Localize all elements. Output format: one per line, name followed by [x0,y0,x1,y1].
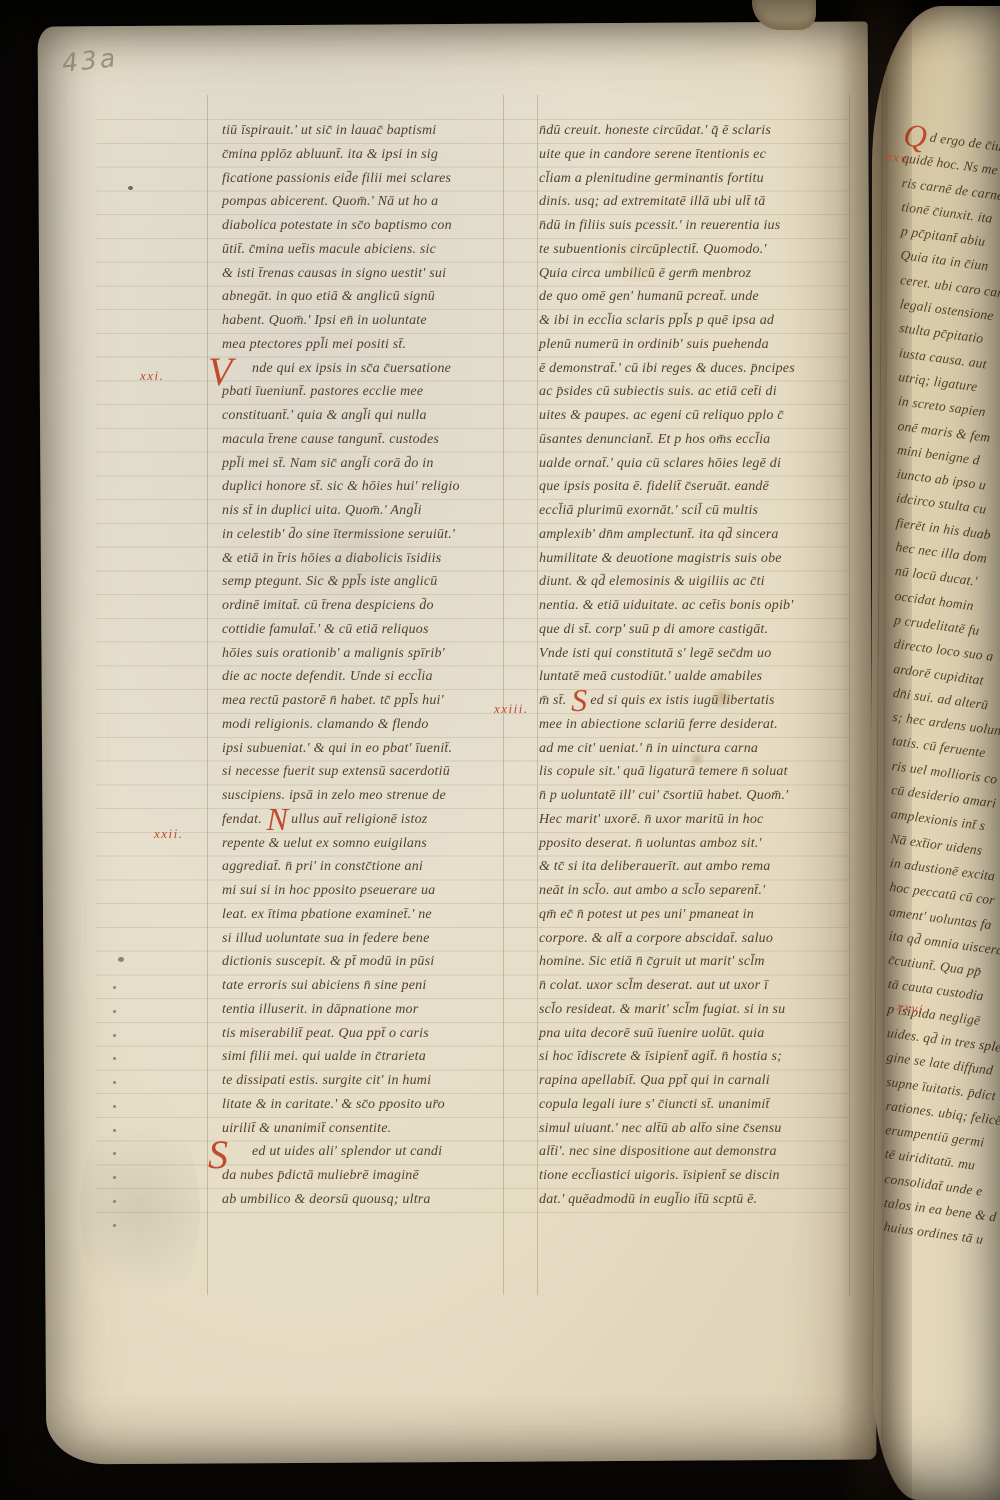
manuscript-line: mee in abiectione sclariū ferre desidera… [539,713,853,737]
manuscript-line: ualde ornat̄.' quia cū sclares hōies leg… [539,452,853,476]
manuscript-line: qm̄ ec̄ n̄ potest ut pes uni' pmaneat in [539,903,853,927]
chapter-numeral-xxi: xxi. [140,368,164,384]
manuscript-line: tiū īspirauit.' ut sic̄ in lauac̄ baptis… [222,119,514,143]
manuscript-line: modi religionis. clamando & flendo [222,713,514,737]
manuscript-line: abnegāt. in quo etiā & anglicū signū [222,285,514,309]
right-page-text-column: Qd ergo de c̄iuquidē hoc. Ns meris carnē… [883,122,1000,1242]
manuscript-line: c̄mina pplōz abluunt̄. ita & ipsi in sig [222,143,514,167]
pricking-dot [113,1010,116,1013]
manuscript-line: nentia. & etiā uiduitate. ac cet̄is boni… [539,594,853,618]
manuscript-line: repente & uelut ex somno euigilans [222,832,514,856]
manuscript-line: mea ptectores ppl̄i mei positi st̄. [222,333,514,357]
manuscript-line: ppl̄i mei st̄. Nam sic̄ angl̄i corā d̄o … [222,452,514,476]
manuscript-line: tentia illuserit. in dāpnatione mor [222,998,514,1022]
manuscript-line: diabolica potestate in sc̄o baptismo con [222,214,514,238]
text-column-1: tiū īspirauit.' ut sic̄ in lauac̄ baptis… [222,119,514,1212]
manuscript-line: dat.' quēadmodū in eugl̄io it̄ū scptū ē. [539,1188,853,1212]
manuscript-line: si hoc īdiscrete & īsipient̄ agit̄. n̄ h… [539,1045,853,1069]
manuscript-line: neāt in scl̄o. aut ambo a scl̄o separent… [539,879,853,903]
manuscript-line: ab umbilico & deorsū quousq; ultra [222,1188,514,1212]
manuscript-line: da nubes p̄dictā muliebrē imaginē [222,1164,514,1188]
manuscript-line: que di st̄. corp' suū p di amore castigā… [539,618,853,642]
manuscript-line: & ibi in eccl̄ia sclaris ppl̄s p quē ips… [539,309,853,333]
manuscript-line: uite que in candore serene ītentionis ec [539,143,853,167]
manuscript-line: homine. Sic etiā n̄ c̄gruit ut marit' sc… [539,950,853,974]
manuscript-line: semp ptegunt. Sic & ppl̄s iste anglicū [222,570,514,594]
manuscript-line: uirilit̄ & unanimit̄ consentite. [222,1117,514,1141]
pricking-dot [113,986,116,989]
manuscript-line: pbati īueniunt̄. pastores ecclie mee [222,380,514,404]
manuscript-line: & tc̄ si ita deliberauerīt. aut ambo rem… [539,855,853,879]
manuscript-line: ficatione passionis eid̄e filii mei scla… [222,167,514,191]
manuscript-line: pna uita decorē suū īuenire uolūt. quia [539,1022,853,1046]
manuscript-line: fendat. Nullus aut̄ religionē istoz [222,808,514,832]
manuscript-line: rapina apellabit̄. Qua ppt̄ qui in carna… [539,1069,853,1093]
chapter-numeral-xxiii: xxiii. [494,701,529,717]
manuscript-line: cottidie famulat̄.' & cū etiā reliquos [222,618,514,642]
pricking-dot [113,1200,116,1203]
manuscript-line: ipsi subueniat.' & qui in eo pbat' īueni… [222,737,514,761]
manuscript-line: die ac nocte defendit. Unde si eccl̄ia [222,665,514,689]
manuscript-line: plenū numerū in ordinib' suis puehenda [539,333,853,357]
manuscript-line: Vnde qui ex ipsis in sc̄a c̄uersatione [222,357,514,381]
manuscript-line: si illud uoluntate sua in federe bene [222,927,514,951]
manuscript-line: pposito deserat. n̄ uoluntas amboz sit.' [539,832,853,856]
chapter-numeral-xxv: xxv. [885,148,913,167]
manuscript-line: ē demonstrat̄.' cū ibi reges & duces. p̄… [539,357,853,381]
manuscript-line: corpore. & alt̄ a corpore abscidat̄. sal… [539,927,853,951]
manuscript-photo: Qd ergo de c̄iuquidē hoc. Ns meris carnē… [0,0,1000,1500]
text-column-2: n̄dū creuit. honeste circūdat.' q̄ ē scl… [539,119,853,1212]
manuscript-line: mi sui si in hoc pposito pseuerare ua [222,879,514,903]
manuscript-line: n̄dū in filiis suis pcessit.' in reueren… [539,214,853,238]
manuscript-line: mea rectū pastorē n̄ habet. tc̄ ppl̄s hu… [222,689,514,713]
manuscript-line: eccl̄iā plurimū exornāt.' scil̄ cū multi… [539,499,853,523]
manuscript-line: Vnde isti qui constitutā s' legē sec̄dm … [539,642,853,666]
manuscript-line: scl̄o resideat. & marit' scl̄m fugiat. s… [539,998,853,1022]
manuscript-line: cl̄iam a plenitudine germinantis fortitu [539,167,853,191]
manuscript-line: ac p̄sides cū subiectis suis. ac etiā ce… [539,380,853,404]
manuscript-line: leat. ex ītima pbatione examinet̄.' ne [222,903,514,927]
manuscript-line: tate erroris sui abiciens n̄ sine peni [222,974,514,998]
manuscript-line: simul uiuant.' nec alt̄ū ab alt̄o sine c… [539,1117,853,1141]
manuscript-line: n̄ p uoluntatē ill' cui' c̄sortiū habet.… [539,784,853,808]
pricking-dot [113,1129,116,1132]
manuscript-line: hōies suis orationib' a malignis spīrib' [222,642,514,666]
manuscript-line: humilitate & deuotione magistris suis ob… [539,547,853,571]
manuscript-line: alt̄i'. nec sine dispositione aut demons… [539,1140,853,1164]
manuscript-line: nis st̄ in duplici uita. Quom̄.' Angl̄i [222,499,514,523]
manuscript-line: lis copule sit.' quā ligaturā temere n̄ … [539,760,853,784]
manuscript-line: te dissipati estis. surgite cit' in humi [222,1069,514,1093]
manuscript-line: simi filii mei. qui ualde in c̄trarieta [222,1045,514,1069]
manuscript-line: tis miserabilit̄ peat. Qua ppt̄ o caris [222,1022,514,1046]
pricking-dot [113,1105,116,1108]
chapter-numeral-xxii: xxii. [154,826,184,842]
manuscript-line: & isti t̄renas causas in signo uestit' s… [222,262,514,286]
manuscript-line: si necesse fuerit sup extensū sacerdotiū [222,760,514,784]
manuscript-line: ordinē imitat̄. cū t̄rena despiciens d̄o [222,594,514,618]
manuscript-line: diunt. & qd̄ elemosinis & uigiliis ac c̄… [539,570,853,594]
manuscript-line: tione eccl̄iastici uigoris. īsipient̄ se… [539,1164,853,1188]
manuscript-line: dictionis suscepit. & pt̄ modū in pūsi [222,950,514,974]
manuscript-line: suscipiens. ipsā in zelo meo strenue de [222,784,514,808]
manuscript-line: Quia circa umbilicū ē germ̄ menbroz [539,262,853,286]
manuscript-line: amplexib' dn̄m amplectunt̄. ita qd̄ sinc… [539,523,853,547]
folio-number-pencil: 43a [61,43,120,78]
manuscript-line: aggrediat̄. n̄ pri' in constc̄tione ani [222,855,514,879]
manuscript-line: habent. Quom̄.' Ipsi en̄ in uoluntate [222,309,514,333]
manuscript-line: que ipsis posita ē. fidelit̄ c̄seruāt. e… [539,475,853,499]
right-page: Qd ergo de c̄iuquidē hoc. Ns meris carnē… [872,6,1000,1500]
manuscript-line: m̄ st̄. Sed si quis ex istis iugū libert… [539,689,853,713]
manuscript-line: n̄ colat. uxor scl̄m deserat. aut ut uxo… [539,974,853,998]
pricking-dot [113,1224,116,1227]
ruling-vertical [537,95,538,1295]
manuscript-line: ad me cit' ueniat.' n̄ in uinctura carna [539,737,853,761]
manuscript-line: Sed ut uides ali' splendor ut candi [222,1140,514,1164]
manuscript-line: pompas abicerent. Quom̄.' Nā ut ho a [222,190,514,214]
manuscript-line: n̄dū creuit. honeste circūdat.' q̄ ē scl… [539,119,853,143]
manuscript-line: in celestib' d̄o sine ītermissione serui… [222,523,514,547]
manuscript-line: macula t̄rene cause tangunt̄. custodes [222,428,514,452]
manuscript-line: & etiā in t̄ris hōies a diabolicis īsidi… [222,547,514,571]
manuscript-line: uites & paupes. ac egeni cū reliquo pplo… [539,404,853,428]
manuscript-line: Hec marit' uxorē. n̄ uxor maritū in hoc [539,808,853,832]
manuscript-line: ūsantes denunciant̄. Et p hos om̄s eccl̄… [539,428,853,452]
manuscript-line: copula legali iure s' c̄iuncti st̄. unan… [539,1093,853,1117]
pricking-dot [113,1034,116,1037]
manuscript-line: ūtit̄. c̄mina uet̄is macule abiciens. si… [222,238,514,262]
manuscript-line: de quo omē gen' humanū pcreat̄. unde [539,285,853,309]
ruling-vertical [207,95,208,1295]
manuscript-line: dinis. usq; ad extremitatē illā ubi ult̄… [539,190,853,214]
manuscript-line: te subuentionis circūplectit̄. Quomodo.' [539,238,853,262]
manuscript-line: constituant̄.' quia & angl̄i qui nulla [222,404,514,428]
manuscript-line: litate & in caritate.' & sc̄o pposito ur… [222,1093,514,1117]
manuscript-line: duplici honore st̄. sic & hōies hui' rel… [222,475,514,499]
